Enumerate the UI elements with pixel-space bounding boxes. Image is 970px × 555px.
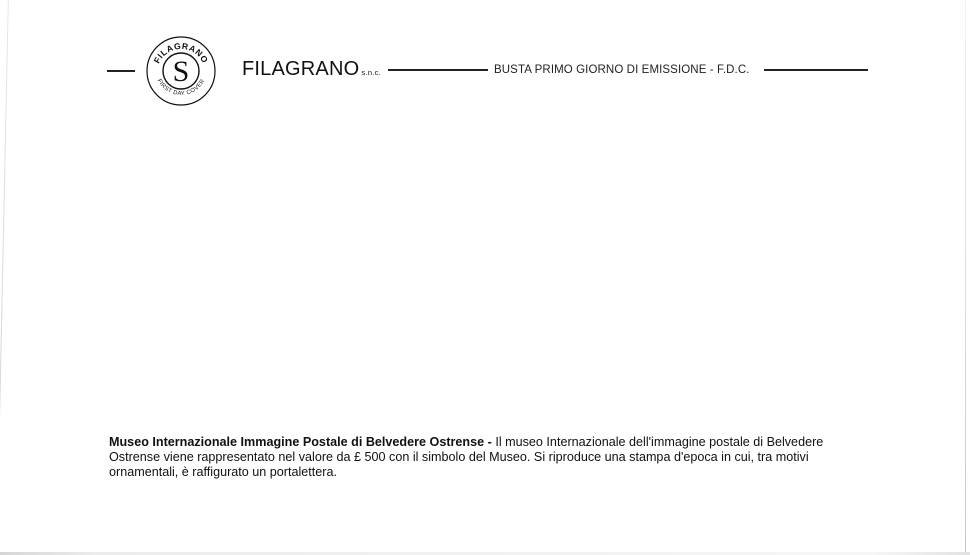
seal-center-letter: S — [173, 55, 190, 88]
brand-suffix: s.n.c. — [361, 68, 381, 77]
stamp-description: Museo Internazionale Immagine Postale di… — [109, 435, 869, 480]
description-heading: Museo Internazionale Immagine Postale di… — [109, 435, 492, 449]
brand-name: FILAGRANOs.n.c. — [242, 58, 381, 81]
brand-name-text: FILAGRANO — [242, 58, 359, 80]
filagrano-seal-icon: FILAGRANO FIRST DAY COVER S — [145, 35, 217, 107]
envelope-left-edge — [0, 0, 9, 555]
header-rule-middle — [388, 69, 488, 71]
header-rule-left — [107, 70, 135, 72]
envelope: FILAGRANO FIRST DAY COVER S FILAGRANOs.n… — [0, 0, 970, 555]
fdc-title: BUSTA PRIMO GIORNO DI EMISSIONE - F.D.C. — [494, 64, 750, 76]
envelope-right-edge — [965, 0, 966, 555]
header-rule-right — [764, 69, 868, 71]
